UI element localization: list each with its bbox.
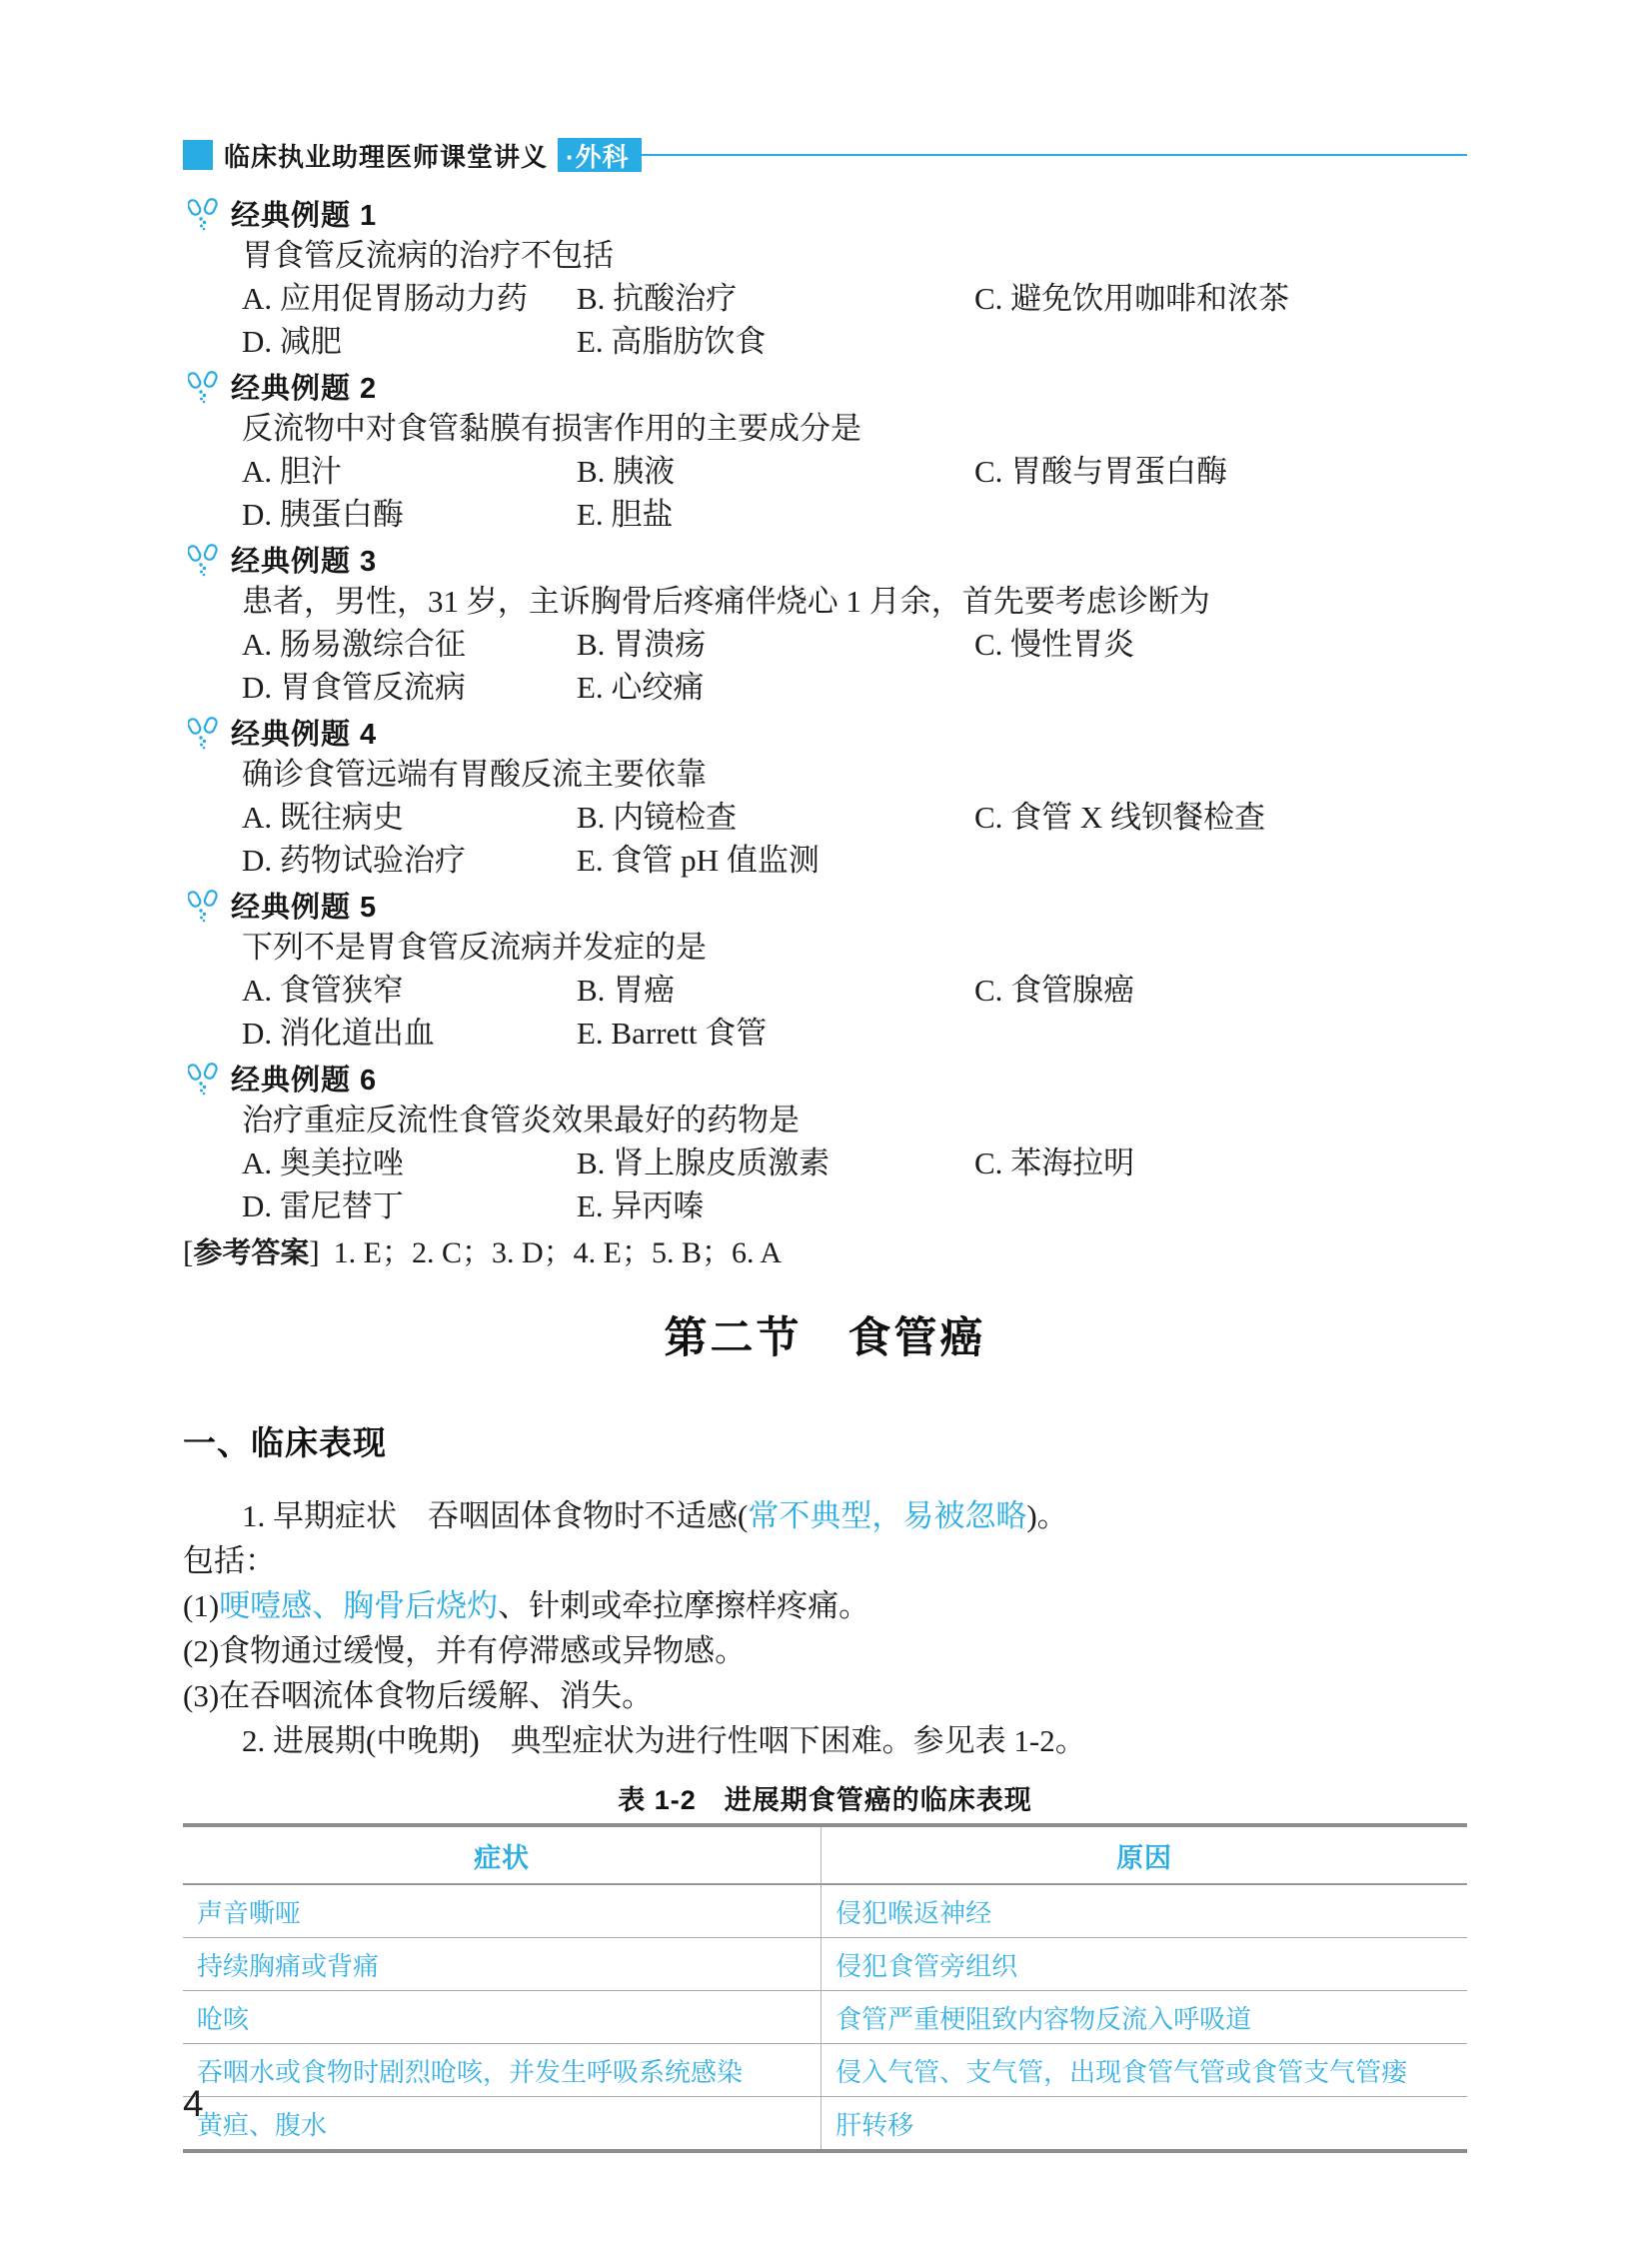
header-title: 临床执业助理医师课堂讲义 <box>224 137 548 174</box>
question-label-row: 经典例题 3 <box>183 538 1467 580</box>
symptom-cell: 黄疸、腹水 <box>183 2097 822 2152</box>
option-c: C. 食管腺癌 <box>974 969 1467 1012</box>
subsection-title: 一、临床表现 <box>183 1420 1467 1466</box>
question-label-row: 经典例题 5 <box>183 884 1467 926</box>
text-segment: 、针刺或牵拉摩擦样疼痛。 <box>498 1588 869 1623</box>
table-row: 持续胸痛或背痛 侵犯食管旁组织 <box>183 1938 1467 1991</box>
option-e: E. 心绞痛 <box>577 666 974 709</box>
section-title: 第二节 食管癌 <box>183 1308 1467 1368</box>
question-body: 治疗重症反流性食管炎效果最好的药物是 A. 奥美拉唑 B. 肾上腺皮质激素 C.… <box>242 1099 1467 1227</box>
option-b: B. 胃癌 <box>577 969 974 1012</box>
page-number: 4 <box>183 2083 204 2125</box>
table-row: 黄疸、腹水 肝转移 <box>183 2097 1467 2152</box>
question-body: 患者，男性，31 岁，主诉胸骨后疼痛伴烧心 1 月余，首先要考虑诊断为 A. 肠… <box>242 580 1467 709</box>
options-row: D. 雷尼替丁 E. 异丙嗪 <box>242 1184 1467 1227</box>
paragraph-item-3: (3)在吞咽流体食物后缓解、消失。 <box>183 1673 1467 1718</box>
table-header-row: 症状 原因 <box>183 1825 1467 1884</box>
option-e: E. 胆盐 <box>577 493 974 536</box>
answer-bracket-close: ] <box>309 1234 319 1269</box>
option-b: B. 内镜检查 <box>577 796 974 839</box>
column-header-symptom: 症状 <box>183 1825 822 1884</box>
option-a: A. 胆汁 <box>242 450 577 493</box>
answer-key-line: [参考答案]1. E；2. C；3. D；4. E；5. B；6. A <box>183 1229 1467 1276</box>
question-block-1: 经典例题 1 胃食管反流病的治疗不包括 A. 应用促胃肠动力药 B. 抗酸治疗 … <box>183 192 1467 363</box>
option-d: D. 减肥 <box>242 320 577 363</box>
paragraph-include: 包括： <box>183 1538 1467 1583</box>
text-segment: (3)在吞咽流体食物后缓解、消失。 <box>183 1678 653 1713</box>
cause-cell: 侵入气管、支气管，出现食管气管或食管支气管瘘 <box>822 2044 1467 2097</box>
header-square-mark <box>183 140 213 170</box>
clinical-manifestation-table: 症状 原因 声音嘶哑 侵犯喉返神经 持续胸痛或背痛 侵犯食管旁组织 呛咳 食管严… <box>183 1823 1467 2153</box>
pills-icon <box>188 714 218 750</box>
option-c: C. 慢性胃炎 <box>974 623 1467 666</box>
column-header-cause: 原因 <box>822 1825 1467 1884</box>
option-e: E. 食管 pH 值监测 <box>577 839 974 882</box>
options-row: A. 胆汁 B. 胰液 C. 胃酸与胃蛋白酶 <box>242 450 1467 493</box>
question-body: 胃食管反流病的治疗不包括 A. 应用促胃肠动力药 B. 抗酸治疗 C. 避免饮用… <box>242 234 1467 363</box>
option-b: B. 胰液 <box>577 450 974 493</box>
pills-icon <box>188 1060 218 1096</box>
option-b: B. 胃溃疡 <box>577 623 974 666</box>
paragraph-early-symptoms: 1. 早期症状 吞咽固体食物时不适感(常不典型，易被忽略)。 <box>183 1493 1467 1538</box>
table-row: 呛咳 食管严重梗阻致内容物反流入呼吸道 <box>183 1991 1467 2044</box>
option-d: D. 消化道出血 <box>242 1012 577 1055</box>
option-b: B. 肾上腺皮质激素 <box>577 1141 974 1184</box>
cause-cell: 肝转移 <box>822 2097 1467 2152</box>
options-row: A. 奥美拉唑 B. 肾上腺皮质激素 C. 苯海拉明 <box>242 1141 1467 1184</box>
option-a: A. 肠易激综合征 <box>242 623 577 666</box>
highlighted-text: 哽噎感、胸骨后烧灼 <box>219 1588 498 1623</box>
option-d: D. 胃食管反流病 <box>242 666 577 709</box>
option-a: A. 食管狭窄 <box>242 969 577 1012</box>
paragraph-item-1: (1)哽噎感、胸骨后烧灼、针刺或牵拉摩擦样疼痛。 <box>183 1583 1467 1628</box>
cause-cell: 侵犯食管旁组织 <box>822 1938 1467 1991</box>
option-e: E. 高脂肪饮食 <box>577 320 974 363</box>
text-segment: )。 <box>1026 1498 1067 1533</box>
options-row: D. 消化道出血 E. Barrett 食管 <box>242 1012 1467 1055</box>
symptom-cell: 呛咳 <box>183 1991 822 2044</box>
pills-icon <box>188 541 218 577</box>
options-row: A. 应用促胃肠动力药 B. 抗酸治疗 C. 避免饮用咖啡和浓茶 <box>242 277 1467 320</box>
page-header: 临床执业助理医师课堂讲义 ·外科 <box>183 138 1467 172</box>
table-caption: 表 1-2 进展期食管癌的临床表现 <box>183 1779 1467 1821</box>
symptom-cell: 声音嘶哑 <box>183 1884 822 1938</box>
cause-cell: 侵犯喉返神经 <box>822 1884 1467 1938</box>
symptom-cell: 吞咽水或食物时剧烈呛咳，并发生呼吸系统感染 <box>183 2044 822 2097</box>
cause-cell: 食管严重梗阻致内容物反流入呼吸道 <box>822 1991 1467 2044</box>
option-c: C. 食管 X 线钡餐检查 <box>974 796 1467 839</box>
option-c: C. 胃酸与胃蛋白酶 <box>974 450 1467 493</box>
body-paragraphs: 1. 早期症状 吞咽固体食物时不适感(常不典型，易被忽略)。 包括： (1)哽噎… <box>183 1493 1467 1763</box>
question-stem: 治疗重症反流性食管炎效果最好的药物是 <box>242 1099 1467 1141</box>
highlighted-text: 常不典型，易被忽略 <box>748 1498 1026 1533</box>
option-a: A. 奥美拉唑 <box>242 1141 577 1184</box>
symptom-cell: 持续胸痛或背痛 <box>183 1938 822 1991</box>
question-stem: 下列不是胃食管反流病并发症的是 <box>242 926 1467 969</box>
question-label-row: 经典例题 6 <box>183 1057 1467 1099</box>
question-stem: 胃食管反流病的治疗不包括 <box>242 234 1467 277</box>
pills-icon <box>188 195 218 231</box>
pills-icon <box>188 368 218 404</box>
question-label: 经典例题 5 <box>231 885 377 926</box>
options-row: D. 胰蛋白酶 E. 胆盐 <box>242 493 1467 536</box>
option-a: A. 应用促胃肠动力药 <box>242 277 577 320</box>
option-e: E. 异丙嗪 <box>577 1184 974 1227</box>
option-d: D. 胰蛋白酶 <box>242 493 577 536</box>
paragraph-progressive-stage: 2. 进展期(中晚期) 典型症状为进行性咽下困难。参见表 1-2。 <box>183 1718 1467 1763</box>
question-label: 经典例题 4 <box>231 712 377 753</box>
answer-values: 1. E；2. C；3. D；4. E；5. B；6. A <box>334 1236 782 1269</box>
question-stem: 患者，男性，31 岁，主诉胸骨后疼痛伴烧心 1 月余，首先要考虑诊断为 <box>242 580 1467 623</box>
option-d: D. 药物试验治疗 <box>242 839 577 882</box>
option-c: C. 避免饮用咖啡和浓茶 <box>974 277 1467 320</box>
option-d: D. 雷尼替丁 <box>242 1184 577 1227</box>
question-label-row: 经典例题 2 <box>183 365 1467 407</box>
question-stem: 反流物中对食管黏膜有损害作用的主要成分是 <box>242 407 1467 450</box>
options-row: D. 减肥 E. 高脂肪饮食 <box>242 320 1467 363</box>
question-label: 经典例题 1 <box>231 193 377 234</box>
question-body: 反流物中对食管黏膜有损害作用的主要成分是 A. 胆汁 B. 胰液 C. 胃酸与胃… <box>242 407 1467 536</box>
text-segment: (1) <box>183 1588 219 1623</box>
option-c: C. 苯海拉明 <box>974 1141 1467 1184</box>
question-block-6: 经典例题 6 治疗重症反流性食管炎效果最好的药物是 A. 奥美拉唑 B. 肾上腺… <box>183 1057 1467 1227</box>
question-label-row: 经典例题 4 <box>183 711 1467 753</box>
paragraph-item-2: (2)食物通过缓慢，并有停滞感或异物感。 <box>183 1628 1467 1673</box>
option-e: E. Barrett 食管 <box>577 1012 974 1055</box>
text-segment: 1. 早期症状 吞咽固体食物时不适感( <box>242 1498 748 1533</box>
text-segment: (2)食物通过缓慢，并有停滞感或异物感。 <box>183 1633 746 1668</box>
question-label: 经典例题 6 <box>231 1058 377 1099</box>
question-stem: 确诊食管远端有胃酸反流主要依靠 <box>242 753 1467 796</box>
question-body: 下列不是胃食管反流病并发症的是 A. 食管狭窄 B. 胃癌 C. 食管腺癌 D.… <box>242 926 1467 1055</box>
options-row: A. 食管狭窄 B. 胃癌 C. 食管腺癌 <box>242 969 1467 1012</box>
question-block-4: 经典例题 4 确诊食管远端有胃酸反流主要依靠 A. 既往病史 B. 内镜检查 C… <box>183 711 1467 882</box>
header-subject-badge: ·外科 <box>558 138 642 172</box>
option-a: A. 既往病史 <box>242 796 577 839</box>
header-rule <box>642 154 1467 156</box>
table-row: 声音嘶哑 侵犯喉返神经 <box>183 1884 1467 1938</box>
book-page: 临床执业助理医师课堂讲义 ·外科 经典例题 1 胃食管反流病的治疗不包括 A. … <box>0 0 1652 2258</box>
answer-bracket-open: [ <box>183 1234 193 1269</box>
options-row: D. 药物试验治疗 E. 食管 pH 值监测 <box>242 839 1467 882</box>
options-row: A. 既往病史 B. 内镜检查 C. 食管 X 线钡餐检查 <box>242 796 1467 839</box>
option-b: B. 抗酸治疗 <box>577 277 974 320</box>
question-label-row: 经典例题 1 <box>183 192 1467 234</box>
question-block-2: 经典例题 2 反流物中对食管黏膜有损害作用的主要成分是 A. 胆汁 B. 胰液 … <box>183 365 1467 536</box>
question-label: 经典例题 3 <box>231 539 377 580</box>
answer-key-label: 参考答案 <box>193 1237 309 1269</box>
question-block-3: 经典例题 3 患者，男性，31 岁，主诉胸骨后疼痛伴烧心 1 月余，首先要考虑诊… <box>183 538 1467 709</box>
table-row: 吞咽水或食物时剧烈呛咳，并发生呼吸系统感染 侵入气管、支气管，出现食管气管或食管… <box>183 2044 1467 2097</box>
options-row: A. 肠易激综合征 B. 胃溃疡 C. 慢性胃炎 <box>242 623 1467 666</box>
question-label: 经典例题 2 <box>231 366 377 407</box>
pills-icon <box>188 887 218 923</box>
text-segment: 包括： <box>183 1543 276 1578</box>
question-body: 确诊食管远端有胃酸反流主要依靠 A. 既往病史 B. 内镜检查 C. 食管 X … <box>242 753 1467 882</box>
text-segment: 2. 进展期(中晚期) 典型症状为进行性咽下困难。参见表 1-2。 <box>242 1723 1086 1758</box>
question-block-5: 经典例题 5 下列不是胃食管反流病并发症的是 A. 食管狭窄 B. 胃癌 C. … <box>183 884 1467 1055</box>
options-row: D. 胃食管反流病 E. 心绞痛 <box>242 666 1467 709</box>
